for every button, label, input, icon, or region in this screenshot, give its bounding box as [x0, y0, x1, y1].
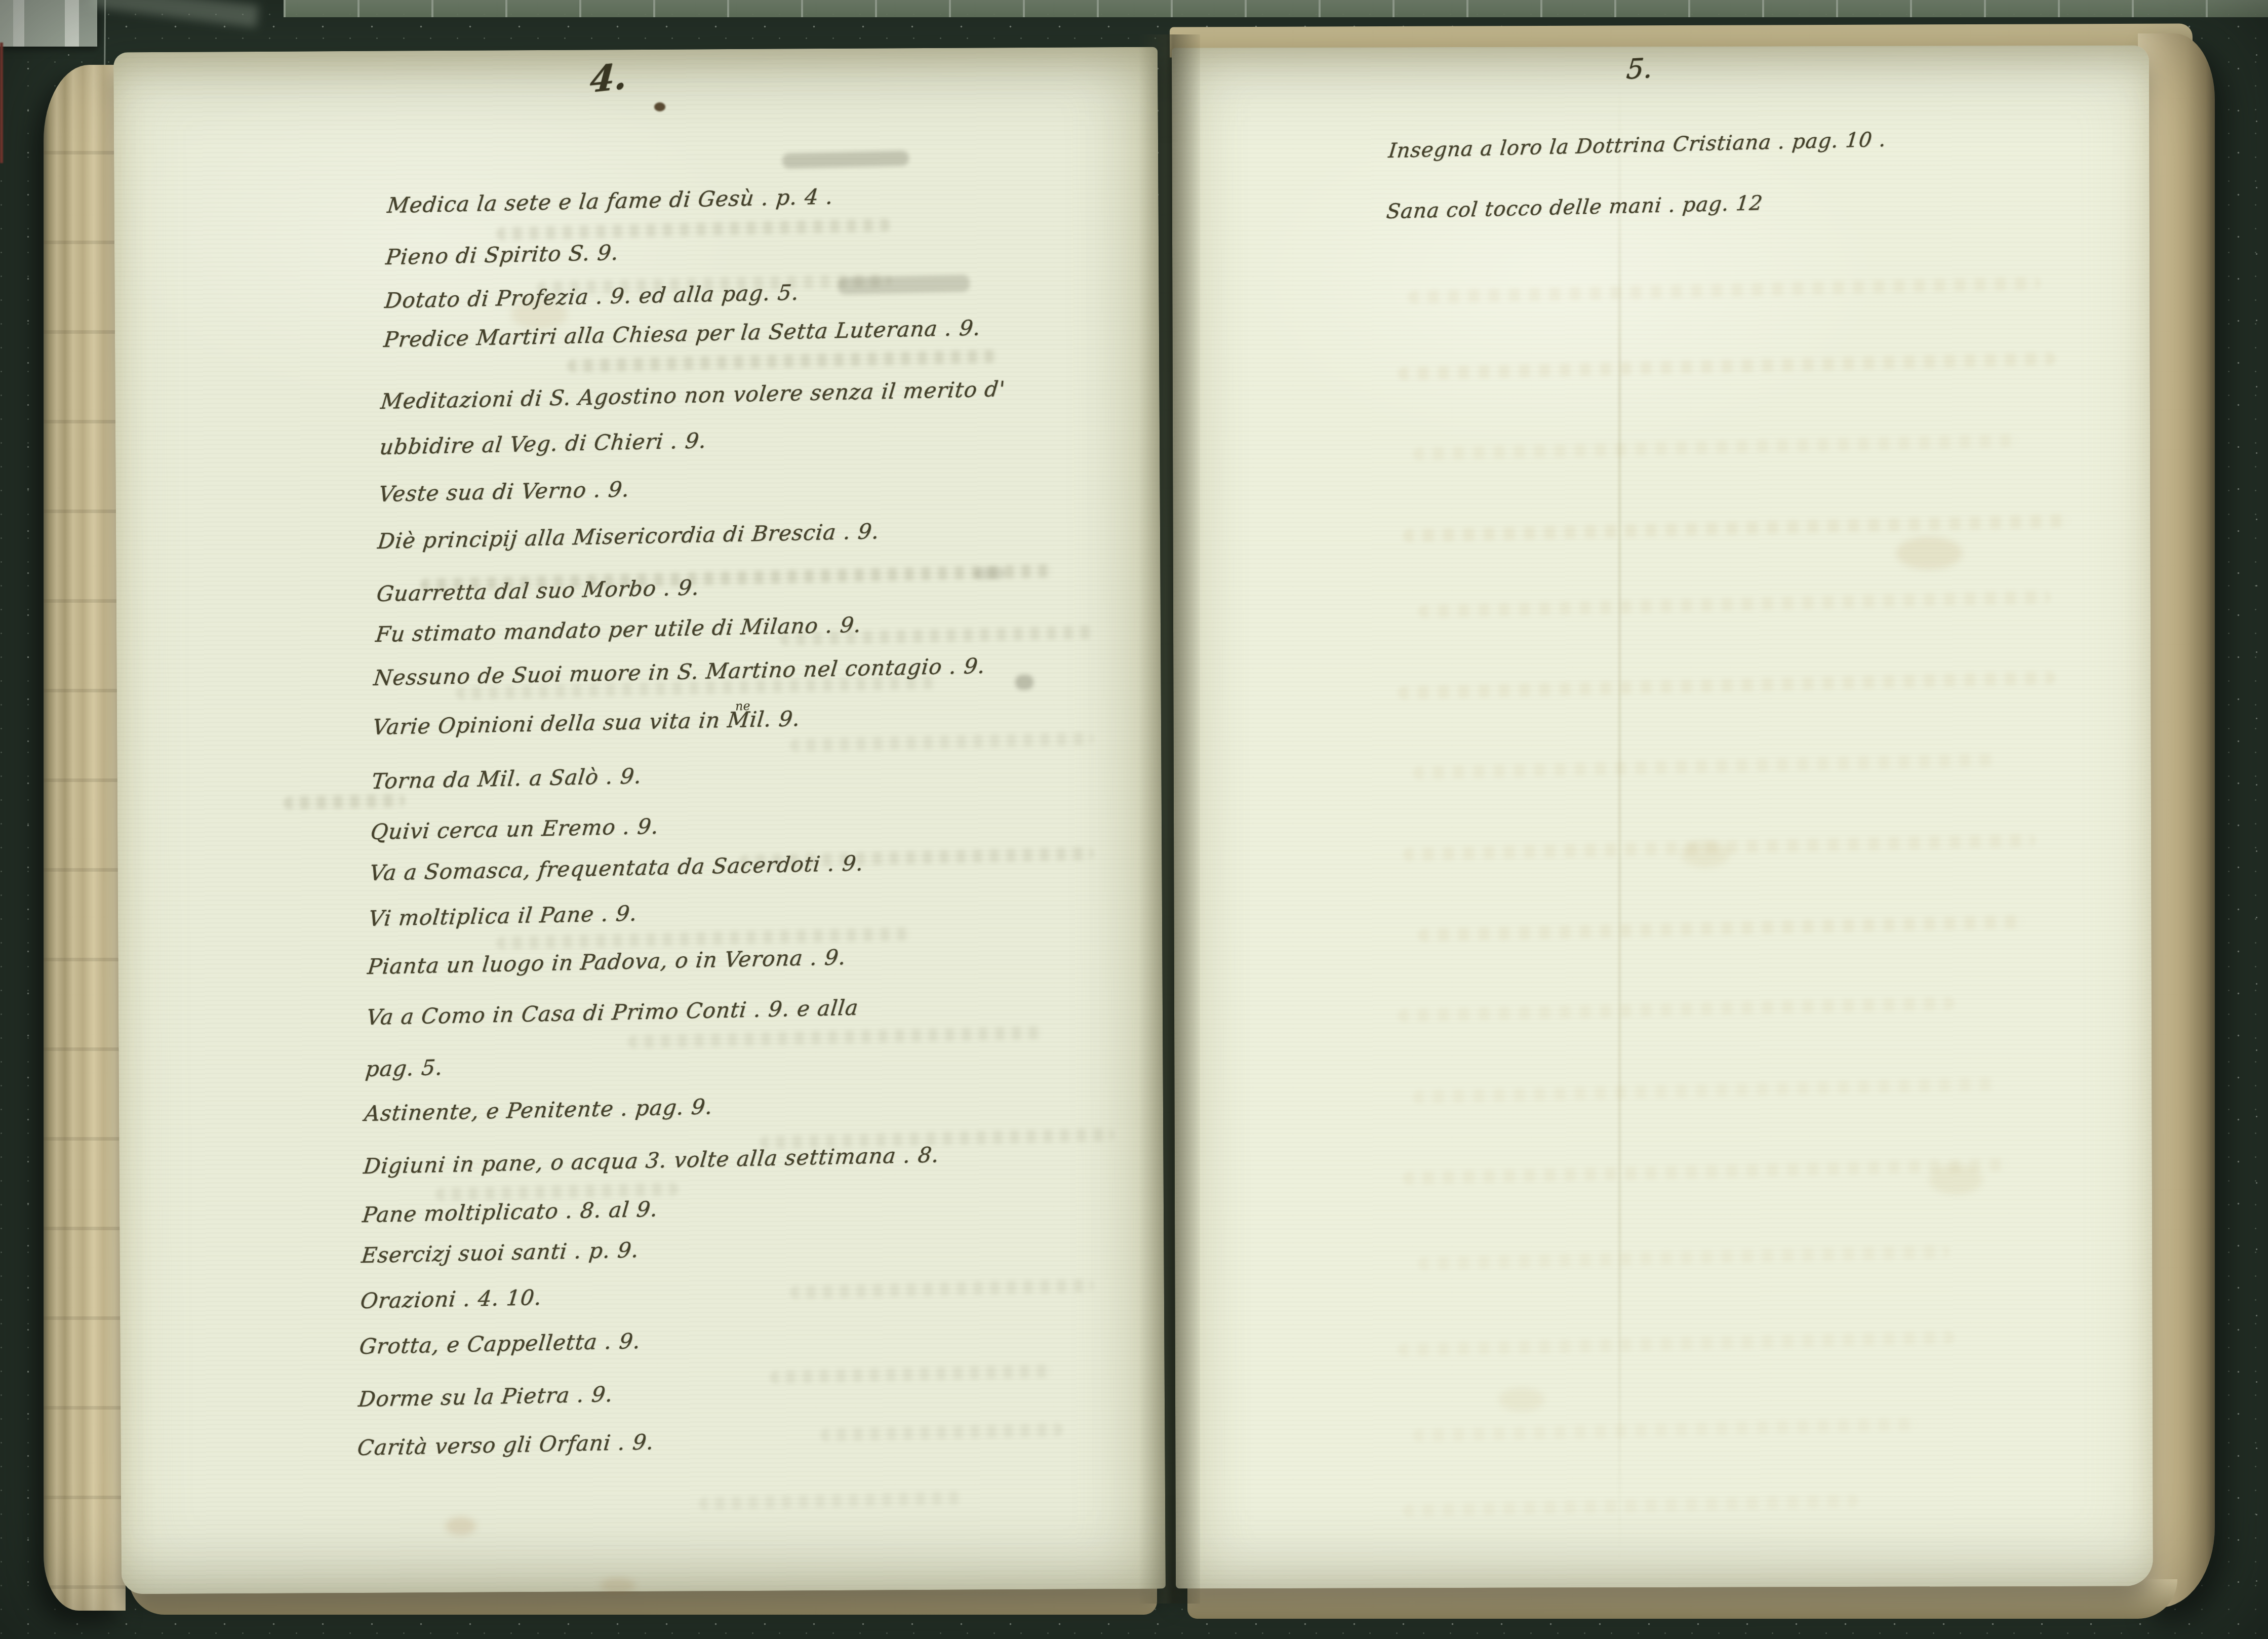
- index-line: Torna da Mil. a Salò . 9.: [371, 765, 643, 792]
- photo-scene: 4. 5. Medica la sete e la fame di Gesù .…: [0, 0, 2268, 1639]
- left-page-stack-edge: [44, 65, 126, 1611]
- scanner-clamp-block: [0, 0, 97, 47]
- index-line: Quivi cerca un Eremo . 9.: [370, 816, 660, 843]
- ink-blot: [654, 102, 665, 111]
- index-line: ubbidire al Veg. di Chieri . 9.: [379, 430, 708, 458]
- index-line: Pieno di Spirito S. 9.: [385, 242, 620, 268]
- ink-smudge: [975, 567, 1006, 579]
- ghost-text-line: [284, 794, 406, 809]
- index-line: Grotta, e Cappelletta . 9.: [359, 1331, 642, 1357]
- paper-stain: [446, 1517, 476, 1535]
- index-line: Guarretta dal suo Morbo . 9.: [376, 577, 701, 605]
- paper-stain: [1681, 841, 1729, 867]
- paper-stain: [1929, 1165, 1982, 1194]
- index-line: Veste sua di Verno . 9.: [378, 479, 631, 505]
- ink-smudge: [838, 275, 970, 295]
- left-page-number: 4.: [588, 55, 628, 101]
- paper-stain: [1499, 1388, 1544, 1411]
- paper-stain: [600, 1578, 635, 1593]
- ink-smudge: [782, 150, 909, 169]
- measuring-strip: [284, 0, 2268, 17]
- right-page-number: 5.: [1625, 52, 1654, 85]
- light-streak: [91, 0, 259, 27]
- book-gutter-shadow: [1138, 34, 1200, 1604]
- index-line: Dorme su la Pietra . 9.: [357, 1384, 614, 1410]
- ink-smudge: [1015, 675, 1034, 690]
- index-line: Orazioni . 4. 10.: [360, 1287, 543, 1312]
- superscript-note: ne: [735, 698, 751, 713]
- red-edge-artifact: [0, 43, 3, 163]
- index-line: pag. 5.: [365, 1057, 444, 1080]
- index-line: Carità verso gli Orfani . 9.: [356, 1431, 655, 1459]
- index-line: Pane moltiplicato . 8. al 9.: [362, 1198, 659, 1226]
- paper-stain: [1896, 537, 1962, 569]
- index-line: Esercizj suoi santi . p. 9.: [361, 1239, 640, 1266]
- index-line: Vi moltiplica il Pane . 9.: [368, 903, 639, 929]
